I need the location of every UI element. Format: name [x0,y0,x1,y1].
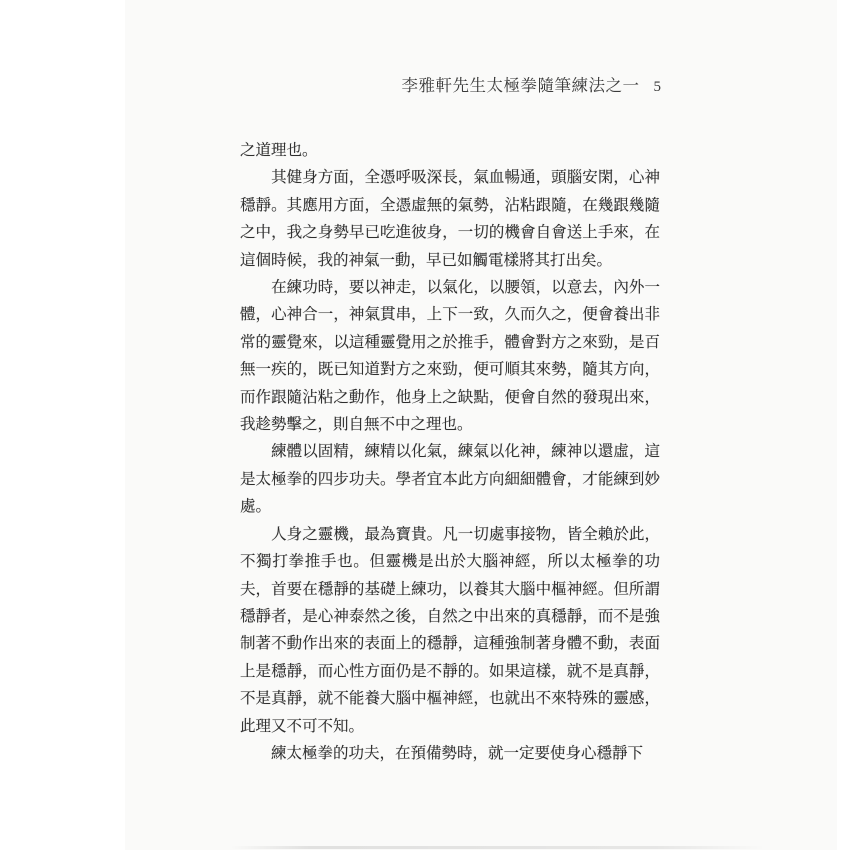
text-line: 之中，我之身勢早已吃進彼身，一切的機會自會送上手來，在 [240,219,660,246]
scan-page-edge-shadow [230,846,765,849]
text-line: 人身之靈機，最為寶貴。凡一切處事接物，皆全賴於此， [240,521,660,548]
text-line: 不是真靜，就不能養大腦中樞神經，也就出不來特殊的靈感， [240,685,660,712]
text-line: 之道理也。 [240,137,660,164]
text-line: 練體以固精，練精以化氣，練氣以化神，練神以還虛，這 [240,438,660,465]
text-line: 無一疾的，既已知道對方之來勁，便可順其來勢，隨其方向， [240,356,660,383]
text-line: 常的靈覺來，以這種靈覺用之於推手，體會對方之來勁，是百 [240,329,660,356]
text-line: 其健身方面，全憑呼吸深長，氣血暢通，頭腦安閑，心神 [240,164,660,191]
text-line: 穩靜。其應用方面，全憑虛無的氣勢，沾粘跟隨，在幾跟幾隨 [240,192,660,219]
text-line: 體，心神合一，神氣貫串，上下一致，久而久之，便會養出非 [240,301,660,328]
text-line: 上是穩靜，而心性方面仍是不靜的。如果這樣，就不是真靜， [240,658,660,685]
text-line: 處。 [240,493,660,520]
text-line: 是太極拳的四步功夫。學者宜本此方向細細體會，才能練到妙 [240,466,660,493]
text-line: 在練功時，要以神走，以氣化，以腰領，以意去，內外一 [240,274,660,301]
text-line: 這個時候，我的神氣一動，早已如觸電樣將其打出矣。 [240,247,660,274]
text-line: 不獨打拳推手也。但靈機是出於大腦神經，所以太極拳的功 [240,548,660,575]
body-text: 之道理也。 其健身方面，全憑呼吸深長，氣血暢通，頭腦安閑，心神 穩靜。其應用方面… [240,137,660,767]
text-line: 我趁勢擊之，則自無不中之理也。 [240,411,660,438]
text-line: 夫，首要在穩靜的基礎上練功，以養其大腦中樞神經。但所謂 [240,576,660,603]
text-line: 而作跟隨沾粘之動作，他身上之缺點，便會自然的發現出來， [240,384,660,411]
chapter-title: 李雅軒先生太極拳隨筆練法之一 [402,76,640,95]
book-page-scan: 李雅軒先生太極拳隨筆練法之一5 之道理也。 其健身方面，全憑呼吸深長，氣血暢通，… [0,0,850,850]
text-line: 穩靜者，是心神泰然之後，自然之中出來的真穩靜，而不是強 [240,603,660,630]
page-number: 5 [654,79,662,96]
text-line: 制著不動作出來的表面上的穩靜，這種強制著身體不動，表面 [240,630,660,657]
running-header: 李雅軒先生太極拳隨筆練法之一5 [240,72,661,96]
text-line: 練太極拳的功夫，在預備勢時，就一定要使身心穩靜下 [240,740,660,767]
text-line: 此理又不可不知。 [240,713,660,740]
